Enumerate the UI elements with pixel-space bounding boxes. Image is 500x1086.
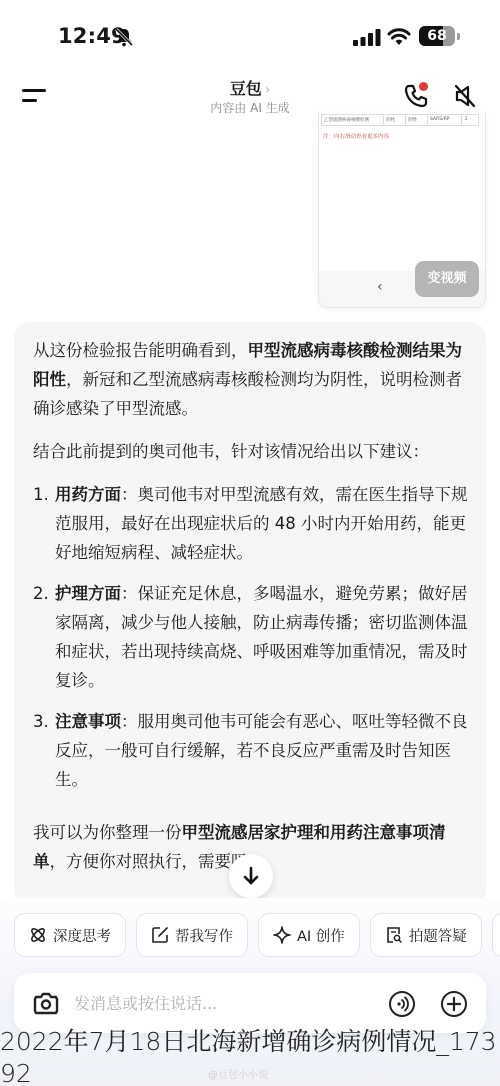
signal-icon bbox=[353, 29, 381, 46]
edit-icon bbox=[151, 926, 169, 944]
list-number: 1. bbox=[33, 480, 55, 567]
chip-label: 深度思考 bbox=[53, 925, 111, 946]
chip-photo-qa[interactable]: 拍题答疑 bbox=[370, 913, 482, 957]
list-body: 注意事项：服用奥司他韦可能会有恶心、呕吐等轻微不良反应，一般可自行缓解，若不良反… bbox=[55, 707, 468, 794]
message-paragraph: 从这份检验报告能明确看到，甲型流感病毒核酸检测结果为阳性，新冠和乙型流感病毒核酸… bbox=[33, 336, 468, 423]
text: 我可以为你整理一份 bbox=[33, 823, 182, 842]
text: ： bbox=[121, 584, 138, 603]
wifi-icon bbox=[387, 26, 411, 46]
arrow-down-icon bbox=[242, 866, 260, 886]
table-cell: 阴性 bbox=[384, 115, 406, 125]
bell-slash-icon bbox=[113, 27, 135, 47]
watermark: @豆包小小说 bbox=[208, 1066, 268, 1081]
list-item: 2. 护理方面：保证充足休息，多喝温水，避免劳累；做好居家隔离，减少与他人接触，… bbox=[33, 579, 468, 695]
speaker-mute-icon[interactable] bbox=[452, 83, 478, 109]
to-video-button[interactable]: 变视频 bbox=[415, 261, 479, 297]
sparkle-icon bbox=[273, 926, 291, 944]
table-cell: SARS/RP bbox=[428, 115, 462, 125]
list-item: 3. 注意事项：服用奥司他韦可能会有恶心、呕吐等轻微不良反应，一般可自行缓解，若… bbox=[33, 707, 468, 794]
chip-label: 拍题答疑 bbox=[409, 925, 467, 946]
battery-level: 68 bbox=[419, 26, 455, 46]
list-title: 用药方面 bbox=[55, 485, 121, 504]
chevron-right-icon: › bbox=[265, 82, 271, 98]
text: ： bbox=[121, 485, 138, 504]
text: 从这份检验报告能明确看到， bbox=[33, 341, 248, 360]
report-image-card[interactable]: 乙型流感病毒核酸检测 阴性 阴性 SARS/RP 3 注：向右滑动查看更多内容 … bbox=[318, 112, 486, 308]
text: ： bbox=[121, 712, 138, 731]
quick-action-chips: 深度思考 帮我写作 AI 创作 拍题答疑 bbox=[14, 913, 500, 957]
scroll-to-bottom-button[interactable] bbox=[229, 854, 273, 898]
chip-label: 帮我写作 bbox=[175, 925, 233, 946]
voice-call-icon[interactable] bbox=[388, 990, 416, 1018]
chip-label: AI 创作 bbox=[297, 925, 345, 946]
chip-deep-thinking[interactable]: 深度思考 bbox=[14, 913, 126, 957]
list-item: 1. 用药方面：奥司他韦对甲型流感有效，需在医生指导下规范服用，最好在出现症状后… bbox=[33, 480, 468, 567]
scan-doc-icon bbox=[385, 926, 403, 944]
list-title: 注意事项 bbox=[55, 712, 121, 731]
notification-dot bbox=[419, 82, 428, 91]
message-paragraph: 结合此前提到的奥司他韦，针对该情况给出以下建议： bbox=[33, 437, 468, 466]
report-table-row: 乙型流感病毒核酸检测 阴性 阴性 SARS/RP 3 bbox=[321, 114, 479, 126]
list-number: 2. bbox=[33, 579, 55, 695]
chip-more[interactable] bbox=[492, 913, 500, 957]
plus-icon[interactable] bbox=[440, 990, 468, 1018]
scroll-note: 注：向右滑动查看更多内容 bbox=[323, 132, 389, 140]
camera-icon[interactable] bbox=[32, 990, 60, 1016]
list-title: 护理方面 bbox=[55, 584, 121, 603]
chip-help-write[interactable]: 帮我写作 bbox=[136, 913, 248, 957]
list-number: 3. bbox=[33, 707, 55, 794]
table-cell: 阴性 bbox=[406, 115, 428, 125]
message-input[interactable] bbox=[74, 991, 374, 1015]
message-composer bbox=[14, 973, 486, 1033]
chevron-left-icon[interactable]: ‹ bbox=[377, 279, 383, 295]
battery-icon: 68 bbox=[419, 26, 455, 46]
table-cell: 乙型流感病毒核酸检测 bbox=[322, 115, 384, 125]
bot-name: 豆包 bbox=[230, 79, 262, 98]
atom-icon bbox=[29, 926, 47, 944]
list-body: 用药方面：奥司他韦对甲型流感有效，需在医生指导下规范服用，最好在出现症状后的 4… bbox=[55, 480, 468, 567]
text: ，方便你对照执行，需要吗? bbox=[50, 852, 257, 871]
card-footer: ‹ 变视频 bbox=[319, 271, 485, 307]
table-cell: 3 bbox=[462, 115, 478, 125]
text: ，新冠和乙型流感病毒核酸检测均为阴性，说明检测者确诊感染了甲型流感。 bbox=[33, 370, 462, 418]
chip-ai-create[interactable]: AI 创作 bbox=[258, 913, 360, 957]
list-body: 护理方面：保证充足休息，多喝温水，避免劳累；做好居家隔离，减少与他人接触，防止病… bbox=[55, 579, 468, 695]
status-bar: 12:49 68 bbox=[0, 0, 500, 70]
assistant-message: 从这份检验报告能明确看到，甲型流感病毒核酸检测结果为阳性，新冠和乙型流感病毒核酸… bbox=[14, 322, 486, 906]
battery-tip bbox=[457, 33, 460, 40]
